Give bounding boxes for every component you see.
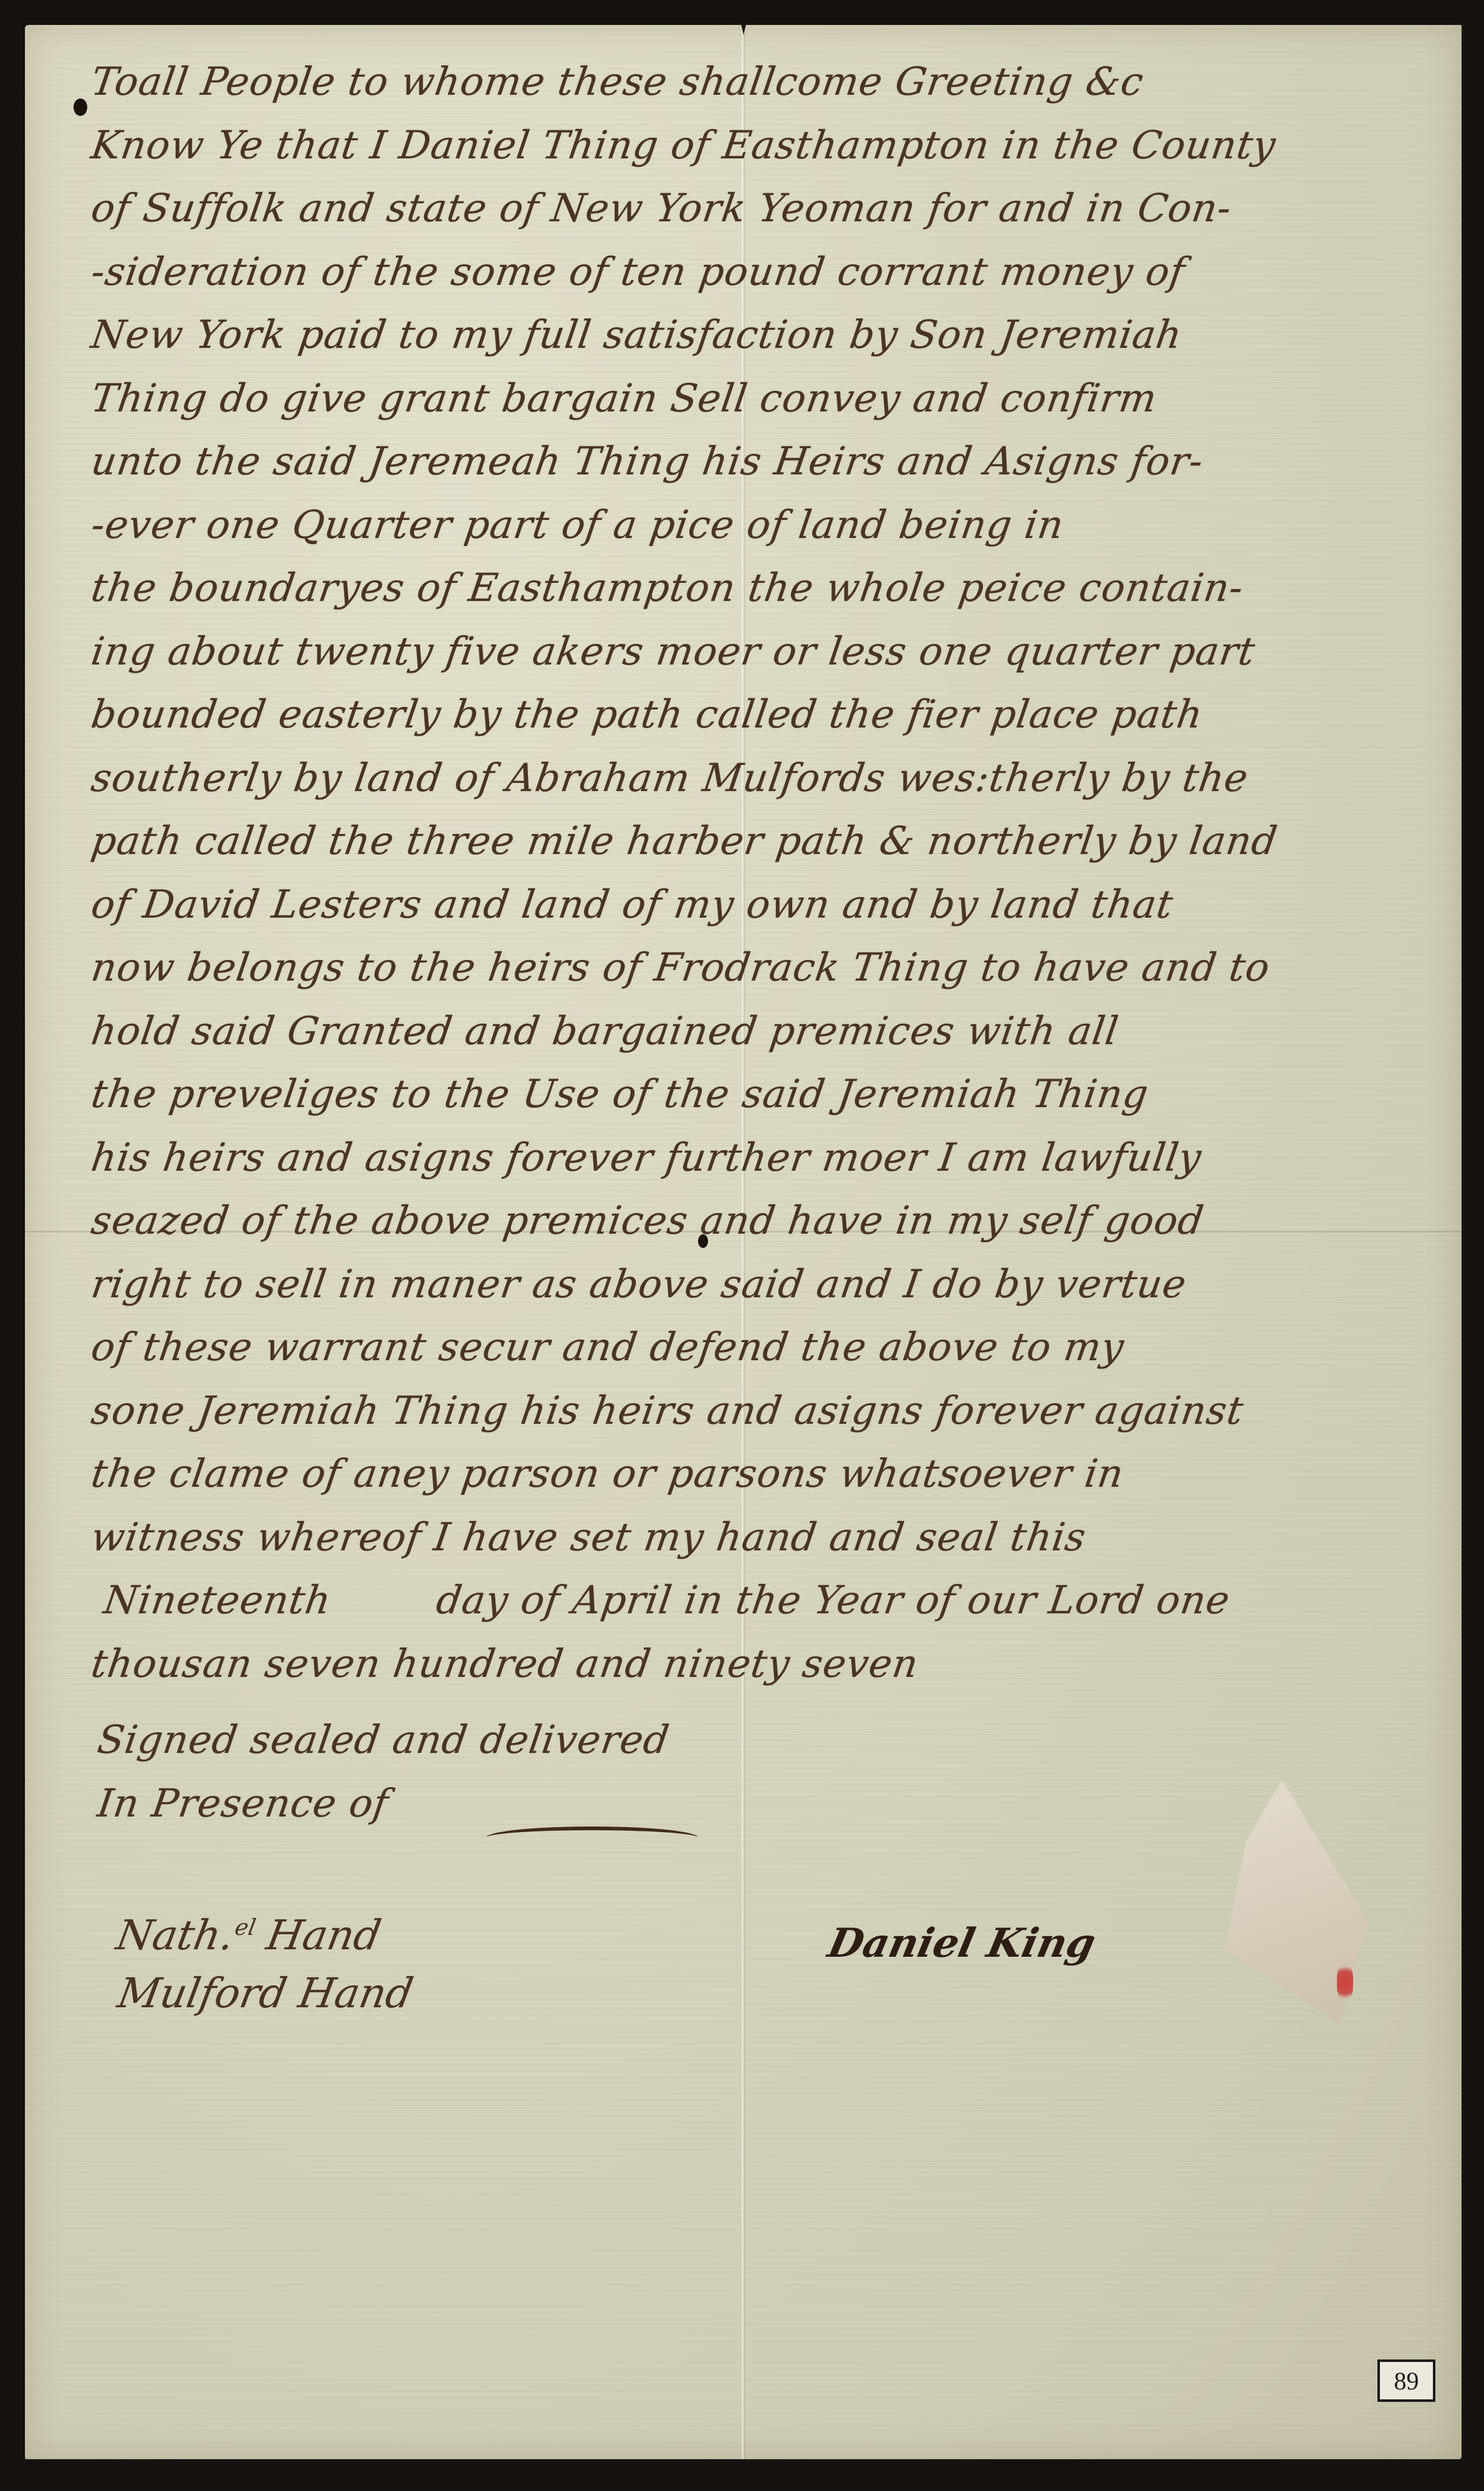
grantor-signature: Daniel King [824, 1920, 1099, 1967]
deed-line: of Suffolk and state of New York Yeoman … [87, 176, 1467, 240]
deed-line: -sideration of the some of ten pound cor… [87, 240, 1467, 304]
red-wax-seal-trace [1337, 1964, 1353, 2001]
deed-line: -ever one Quarter part of a pice of land… [87, 493, 1467, 557]
deed-paper: Toall People to whome these shallcome Gr… [25, 25, 1462, 2459]
deed-line: southerly by land of Abraham Mulfords we… [87, 746, 1467, 810]
deed-line: witness whereof I have set my hand and s… [87, 1505, 1467, 1569]
deed-line: hold said Granted and bargained premices… [87, 999, 1467, 1063]
witness-mulford-hand: Mulford Hand [113, 1961, 418, 2026]
deed-line: right to sell in maner as above said and… [87, 1252, 1467, 1316]
deed-line: the boundaryes of Easthampton the whole … [87, 556, 1467, 620]
witness-list: Nath.el Hand Mulford Hand [118, 1895, 413, 2026]
deed-line: bounded easterly by the path called the … [87, 683, 1467, 746]
date-day: Nineteenth [101, 1577, 334, 1623]
ink-blot-top-left [74, 98, 87, 116]
attestation-block: Signed sealed and delivered In Presence … [93, 1708, 664, 1835]
date-line: Nineteenthday of April in the Year of ou… [87, 1568, 1467, 1632]
deed-line: Know Ye that I Daniel Thing of Easthampt… [87, 113, 1467, 177]
deed-line: of these warrant secur and defend the ab… [87, 1315, 1467, 1379]
deed-line: his heirs and asigns forever further moe… [87, 1126, 1467, 1189]
deed-line: Toall People to whome these shallcome Gr… [87, 50, 1467, 113]
attestation-signed-sealed: Signed sealed and delivered [93, 1708, 674, 1772]
deed-line: seazed of the above premices and have in… [87, 1189, 1467, 1252]
deed-line: sone Jeremiah Thing his heirs and asigns… [87, 1379, 1467, 1442]
attestation-in-presence: In Presence of [93, 1772, 674, 1835]
deed-line: path called the three mile harber path &… [87, 809, 1467, 873]
date-rest: day of April in the Year of our Lord one [434, 1577, 1233, 1623]
deed-line: Thing do give grant bargain Sell convey … [87, 367, 1467, 430]
deed-line: unto the said Jeremeah Thing his Heirs a… [87, 430, 1467, 493]
page-number-label: 89 [1377, 2359, 1435, 2402]
deed-line: now belongs to the heirs of Frodrack Thi… [87, 936, 1467, 999]
witness-nathaniel-hand: Nath.el Hand [113, 1895, 418, 1961]
year-line: thousan seven hundred and ninety seven [87, 1632, 1467, 1696]
deed-line: ing about twenty five akers moer or less… [87, 620, 1467, 683]
deed-body: Toall People to whome these shallcome Gr… [87, 50, 1458, 1695]
deed-line: the preveliges to the Use of the said Je… [87, 1062, 1467, 1126]
deed-line: New York paid to my full satisfaction by… [87, 303, 1467, 367]
deed-line: of David Lesters and land of my own and … [87, 873, 1467, 936]
deed-line: the clame of aney parson or parsons what… [87, 1442, 1467, 1505]
presence-flourish-dash [486, 1826, 698, 1849]
